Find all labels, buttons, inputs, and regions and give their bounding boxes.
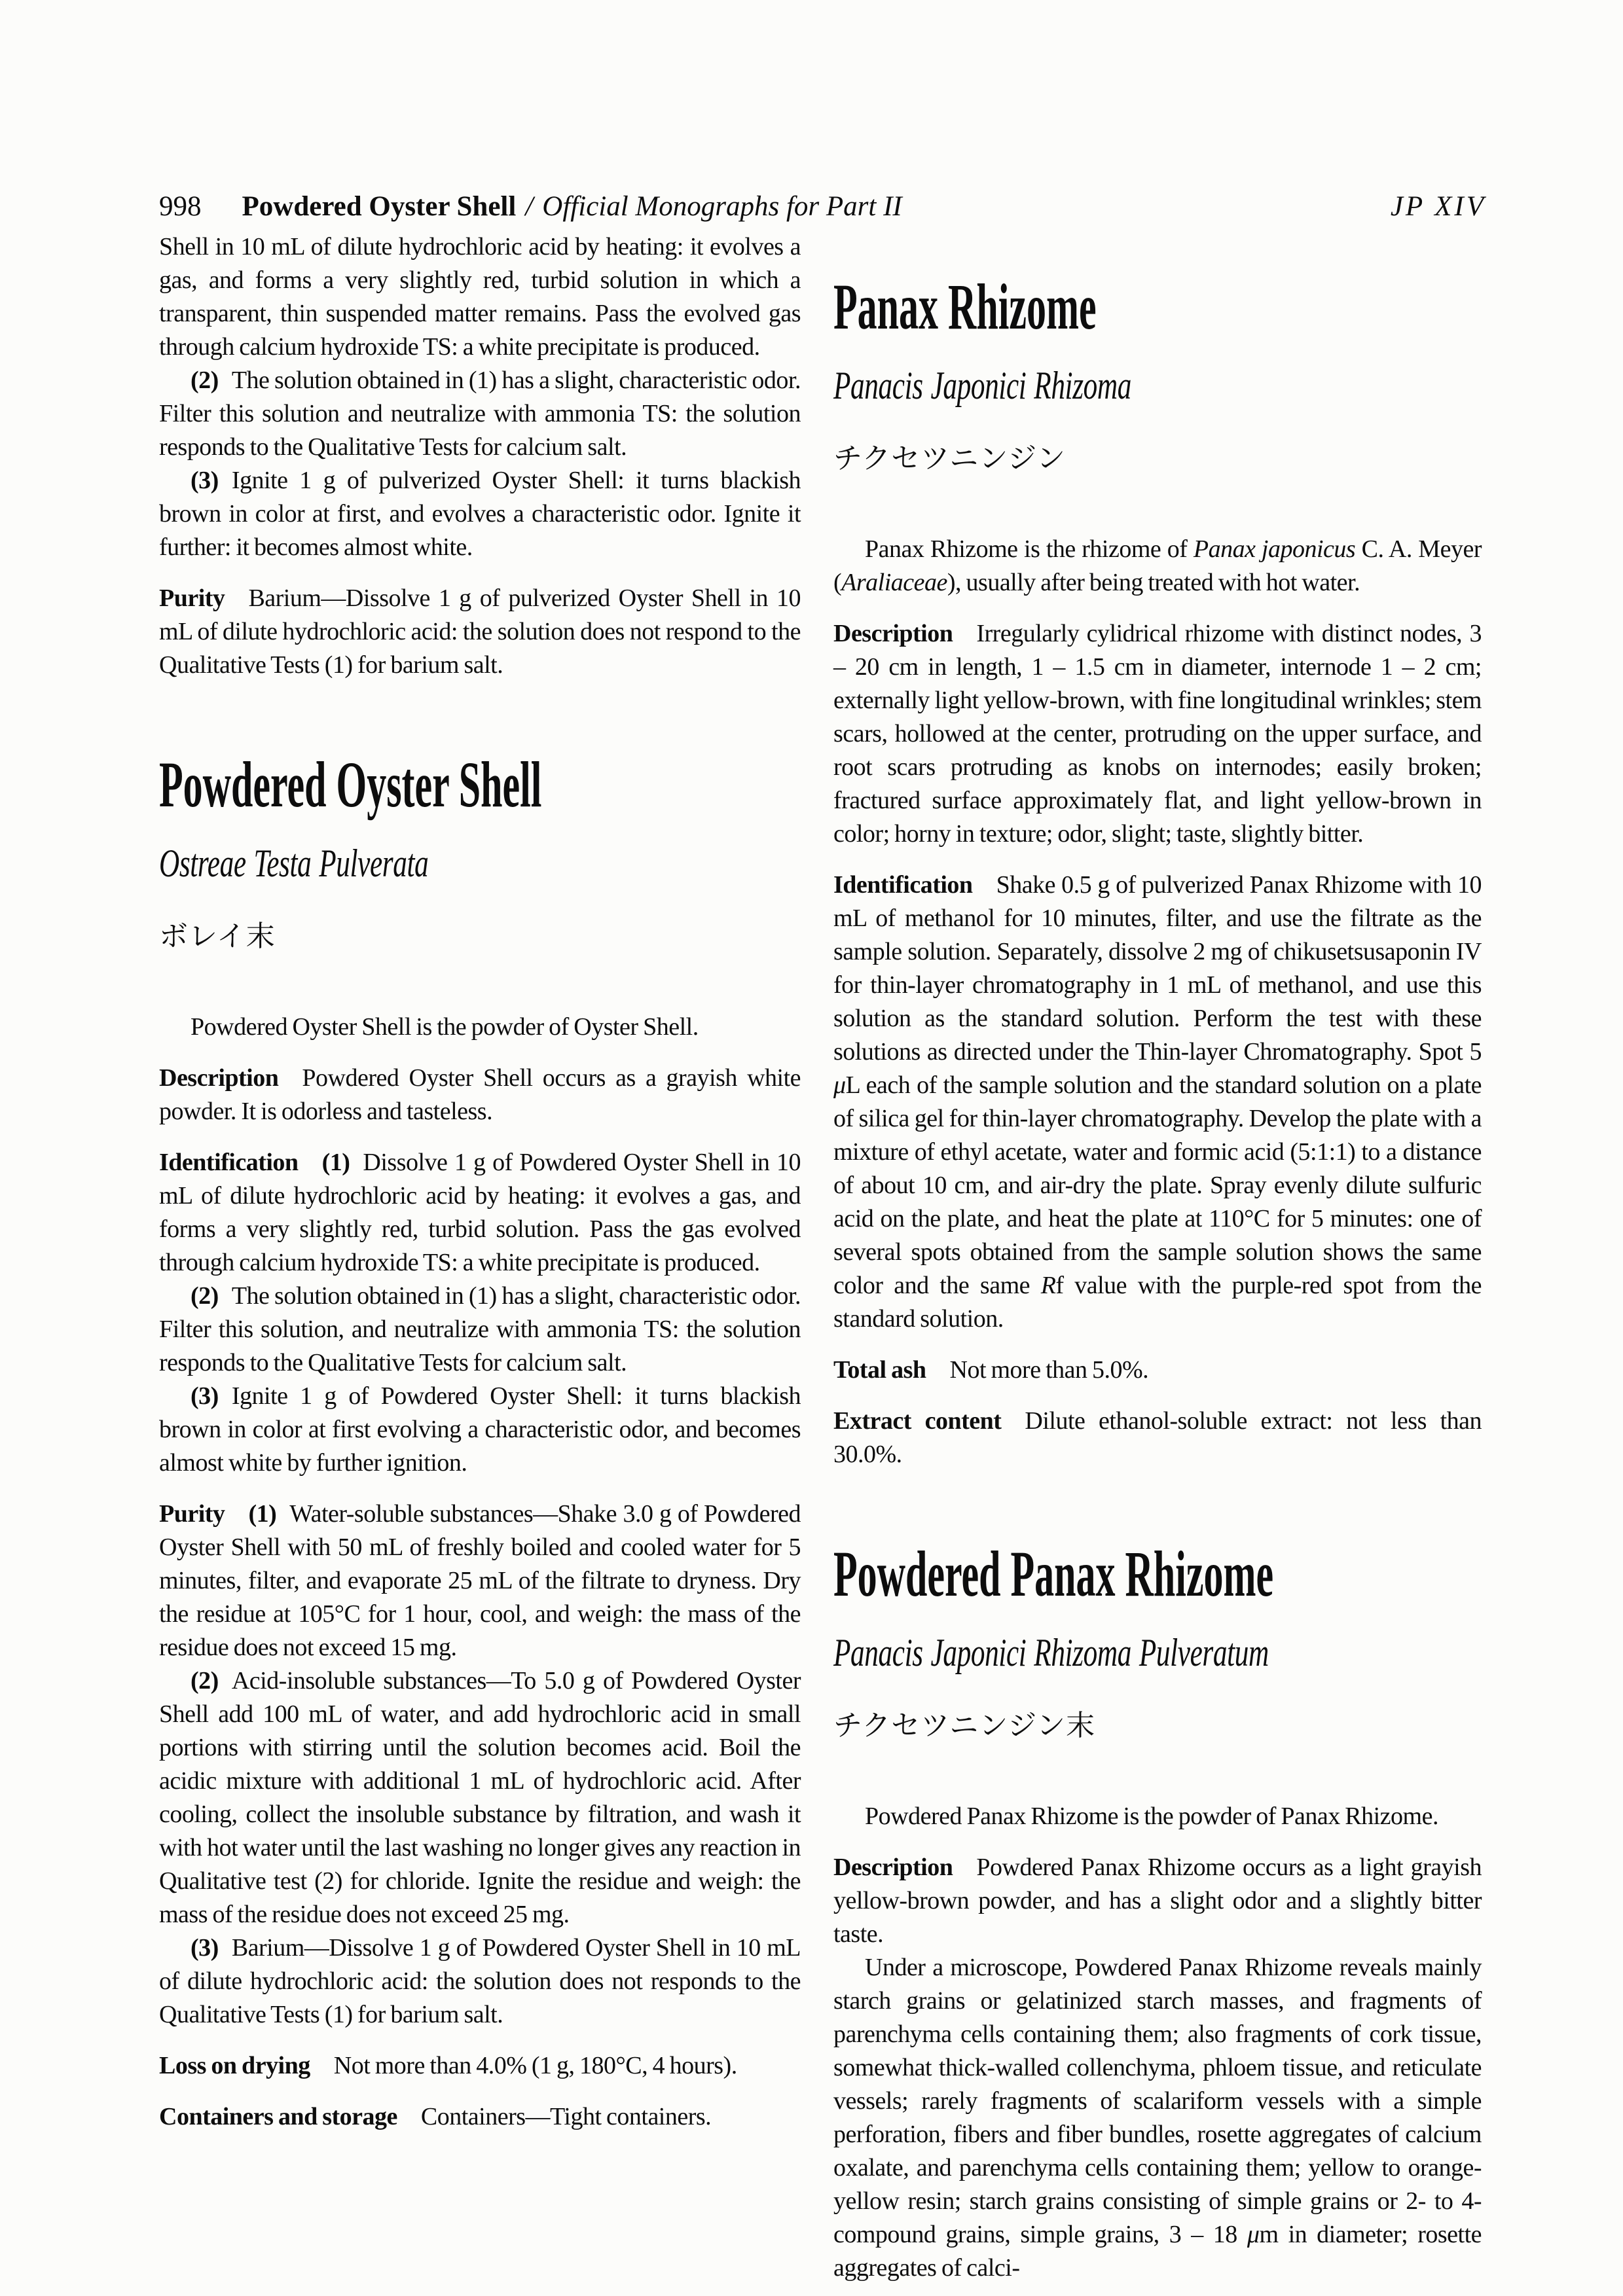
text-run: L each of the sample solution and the st… [833, 1071, 1482, 1299]
edition-label: JP XIV [1391, 191, 1486, 223]
text-run: Irregularly cylidrical rhizome with dist… [833, 620, 1482, 848]
running-title-italic: Official Monographs for Part II [542, 191, 902, 222]
japanese-name: チクセツニンジン [833, 442, 1482, 475]
page-number: 998 [159, 191, 202, 223]
field-label: Description [833, 1854, 953, 1881]
monograph-title-text: Panax Rhizome [833, 272, 1097, 342]
text-run: μ [1247, 2221, 1260, 2248]
text-run: Barium—Dissolve 1 g of pulverized Oyster… [159, 584, 801, 679]
paragraph: Shell in 10 mL of dilute hydrochloric ac… [159, 230, 801, 364]
paragraph: (2)The solution obtained in (1) has a sl… [159, 364, 801, 464]
paragraph: DescriptionPowdered Panax Rhizome occurs… [833, 1851, 1482, 1951]
text-run: Panax japonicus [1194, 535, 1355, 563]
text-run: Containers—Tight containers. [421, 2103, 711, 2130]
paragraph: IdentificationShake 0.5 g of pulverized … [833, 869, 1482, 1336]
running-title-bold: Powdered Oyster Shell [242, 191, 517, 222]
paragraph: PurityBarium—Dissolve 1 g of pulverized … [159, 582, 801, 682]
two-column-body: Shell in 10 mL of dilute hydrochloric ac… [159, 230, 1486, 2285]
text-run: Powdered Oyster Shell is the powder of O… [191, 1013, 699, 1041]
field-label: Description [833, 620, 953, 647]
paragraph: (2)Acid-insoluble substances—To 5.0 g of… [159, 1664, 801, 1931]
text-run: Acid-insoluble substances—To 5.0 g of Po… [159, 1667, 801, 1928]
field-label: Purity [159, 1500, 225, 1528]
text-run: The solution obtained in (1) has a sligh… [159, 367, 801, 461]
paragraph: (3)Ignite 1 g of pulverized Oyster Shell… [159, 464, 801, 564]
monograph-title: Powdered Panax Rhizome [833, 1539, 1482, 1609]
field-label: Identification [159, 1149, 299, 1176]
text-run: Barium—Dissolve 1 g of Powdered Oyster S… [159, 1934, 801, 2028]
latin-name: Ostreae Testa Pulverata [159, 842, 801, 885]
text-run: μ [833, 1071, 846, 1099]
text-run: Ignite 1 g of pulverized Oyster Shell: i… [159, 467, 801, 561]
item-number: (3) [191, 467, 219, 494]
latin-name-text: Panacis Japonici Rhizoma [833, 364, 1131, 407]
paragraph: Containers and storageContainers—Tight c… [159, 2100, 801, 2134]
paragraph: Under a microscope, Powdered Panax Rhizo… [833, 1951, 1482, 2285]
paragraph: Extract contentDilute ethanol-soluble ex… [833, 1405, 1482, 1471]
field-label: Description [159, 1064, 278, 1092]
running-title: Powdered Oyster Shell/Official Monograph… [242, 191, 902, 223]
field-label: Extract content [833, 1407, 1001, 1435]
item-number: (3) [191, 1382, 219, 1410]
field-label: Purity [159, 584, 225, 612]
right-column: Panax RhizomePanacis Japonici Rhizomaチクセ… [833, 230, 1482, 2285]
item-number: (1) [248, 1500, 276, 1528]
text-run: Araliaceae [841, 569, 947, 596]
item-number: (1) [322, 1149, 350, 1176]
latin-name-text: Ostreae Testa Pulverata [159, 842, 428, 885]
field-label: Total ash [833, 1356, 926, 1384]
text-run: Ignite 1 g of Powdered Oyster Shell: it … [159, 1382, 801, 1477]
latin-name: Panacis Japonici Rhizoma Pulveratum [833, 1631, 1482, 1674]
paragraph: (2)The solution obtained in (1) has a sl… [159, 1280, 801, 1380]
paragraph: DescriptionIrregularly cylidrical rhizom… [833, 617, 1482, 851]
item-number: (2) [191, 1667, 219, 1695]
monograph-page: 998 Powdered Oyster Shell/Official Monog… [0, 0, 1623, 2296]
monograph-title: Powdered Oyster Shell [159, 750, 801, 819]
text-run: Not more than 4.0% (1 g, 180°C, 4 hours)… [334, 2052, 737, 2079]
text-run: R [1041, 1272, 1056, 1299]
paragraph: DescriptionPowdered Oyster Shell occurs … [159, 1062, 801, 1128]
japanese-name: チクセツニンジン末 [833, 1710, 1482, 1742]
paragraph: Powdered Oyster Shell is the powder of O… [159, 1011, 801, 1044]
text-run: Powdered Panax Rhizome is the powder of … [865, 1803, 1438, 1830]
latin-name-text: Panacis Japonici Rhizoma Pulveratum [833, 1631, 1269, 1674]
paragraph: Loss on dryingNot more than 4.0% (1 g, 1… [159, 2049, 801, 2083]
text-run: The solution obtained in (1) has a sligh… [159, 1282, 801, 1376]
running-header-left: 998 Powdered Oyster Shell/Official Monog… [159, 191, 902, 223]
item-number: (3) [191, 1934, 219, 1962]
text-run: Under a microscope, Powdered Panax Rhizo… [833, 1954, 1482, 2248]
paragraph: Purity(1)Water-soluble substances—Shake … [159, 1498, 801, 1664]
paragraph: (3)Ignite 1 g of Powdered Oyster Shell: … [159, 1380, 801, 1480]
paragraph: Powdered Panax Rhizome is the powder of … [833, 1800, 1482, 1833]
item-number: (2) [191, 367, 219, 394]
page-header: 998 Powdered Oyster Shell/Official Monog… [159, 191, 1486, 223]
latin-name: Panacis Japonici Rhizoma [833, 364, 1482, 407]
running-title-separator: / [525, 191, 533, 222]
monograph-title: Panax Rhizome [833, 272, 1482, 342]
field-label: Containers and storage [159, 2103, 397, 2130]
text-run: ), usually after being treated with hot … [947, 569, 1360, 596]
monograph-title-text: Powdered Oyster Shell [159, 750, 541, 819]
monograph-title-text: Powdered Panax Rhizome [833, 1539, 1273, 1609]
field-label: Loss on drying [159, 2052, 310, 2079]
text-run: Shake 0.5 g of pulverized Panax Rhizome … [833, 871, 1482, 1066]
text-run: Not more than 5.0%. [950, 1356, 1149, 1384]
japanese-name: ボレイ末 [159, 920, 801, 953]
text-run: Shell in 10 mL of dilute hydrochloric ac… [159, 233, 801, 361]
text-run: Panax Rhizome is the rhizome of [865, 535, 1194, 563]
paragraph: Identification(1)Dissolve 1 g of Powdere… [159, 1146, 801, 1280]
left-column: Shell in 10 mL of dilute hydrochloric ac… [159, 230, 801, 2285]
paragraph: (3)Barium—Dissolve 1 g of Powdered Oyste… [159, 1931, 801, 2032]
paragraph: Panax Rhizome is the rhizome of Panax ja… [833, 533, 1482, 600]
paragraph: Total ashNot more than 5.0%. [833, 1354, 1482, 1387]
item-number: (2) [191, 1282, 219, 1310]
field-label: Identification [833, 871, 973, 899]
